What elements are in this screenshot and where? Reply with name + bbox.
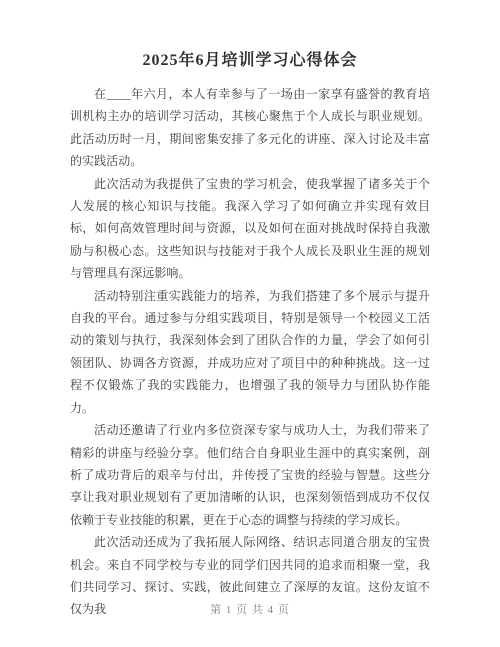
paragraph: 此次活动为我提供了宝贵的学习机会，使我掌握了诸多关于个人发展的核心知识与技能。我… <box>70 173 430 285</box>
page-footer: 第 1 页 共 4 页 <box>0 602 500 618</box>
paragraph: 活动特别注重实践能力的培养，为我们搭建了多个展示与提升自我的平台。通过参与分组实… <box>70 285 430 419</box>
document-body: 在____年六月，本人有幸参与了一场由一家享有盛誉的教育培训机构主办的培训学习活… <box>70 83 430 621</box>
paragraph: 活动还邀请了行业内多位资深专家与成功人士，为我们带来了精彩的讲座与经验分享。他们… <box>70 419 430 531</box>
paragraph: 在____年六月，本人有幸参与了一场由一家享有盛誉的教育培训机构主办的培训学习活… <box>70 83 430 173</box>
document-page: 2025年6月培训学习心得体会 在____年六月，本人有幸参与了一场由一家享有盛… <box>0 0 500 647</box>
document-title: 2025年6月培训学习心得体会 <box>0 0 500 72</box>
